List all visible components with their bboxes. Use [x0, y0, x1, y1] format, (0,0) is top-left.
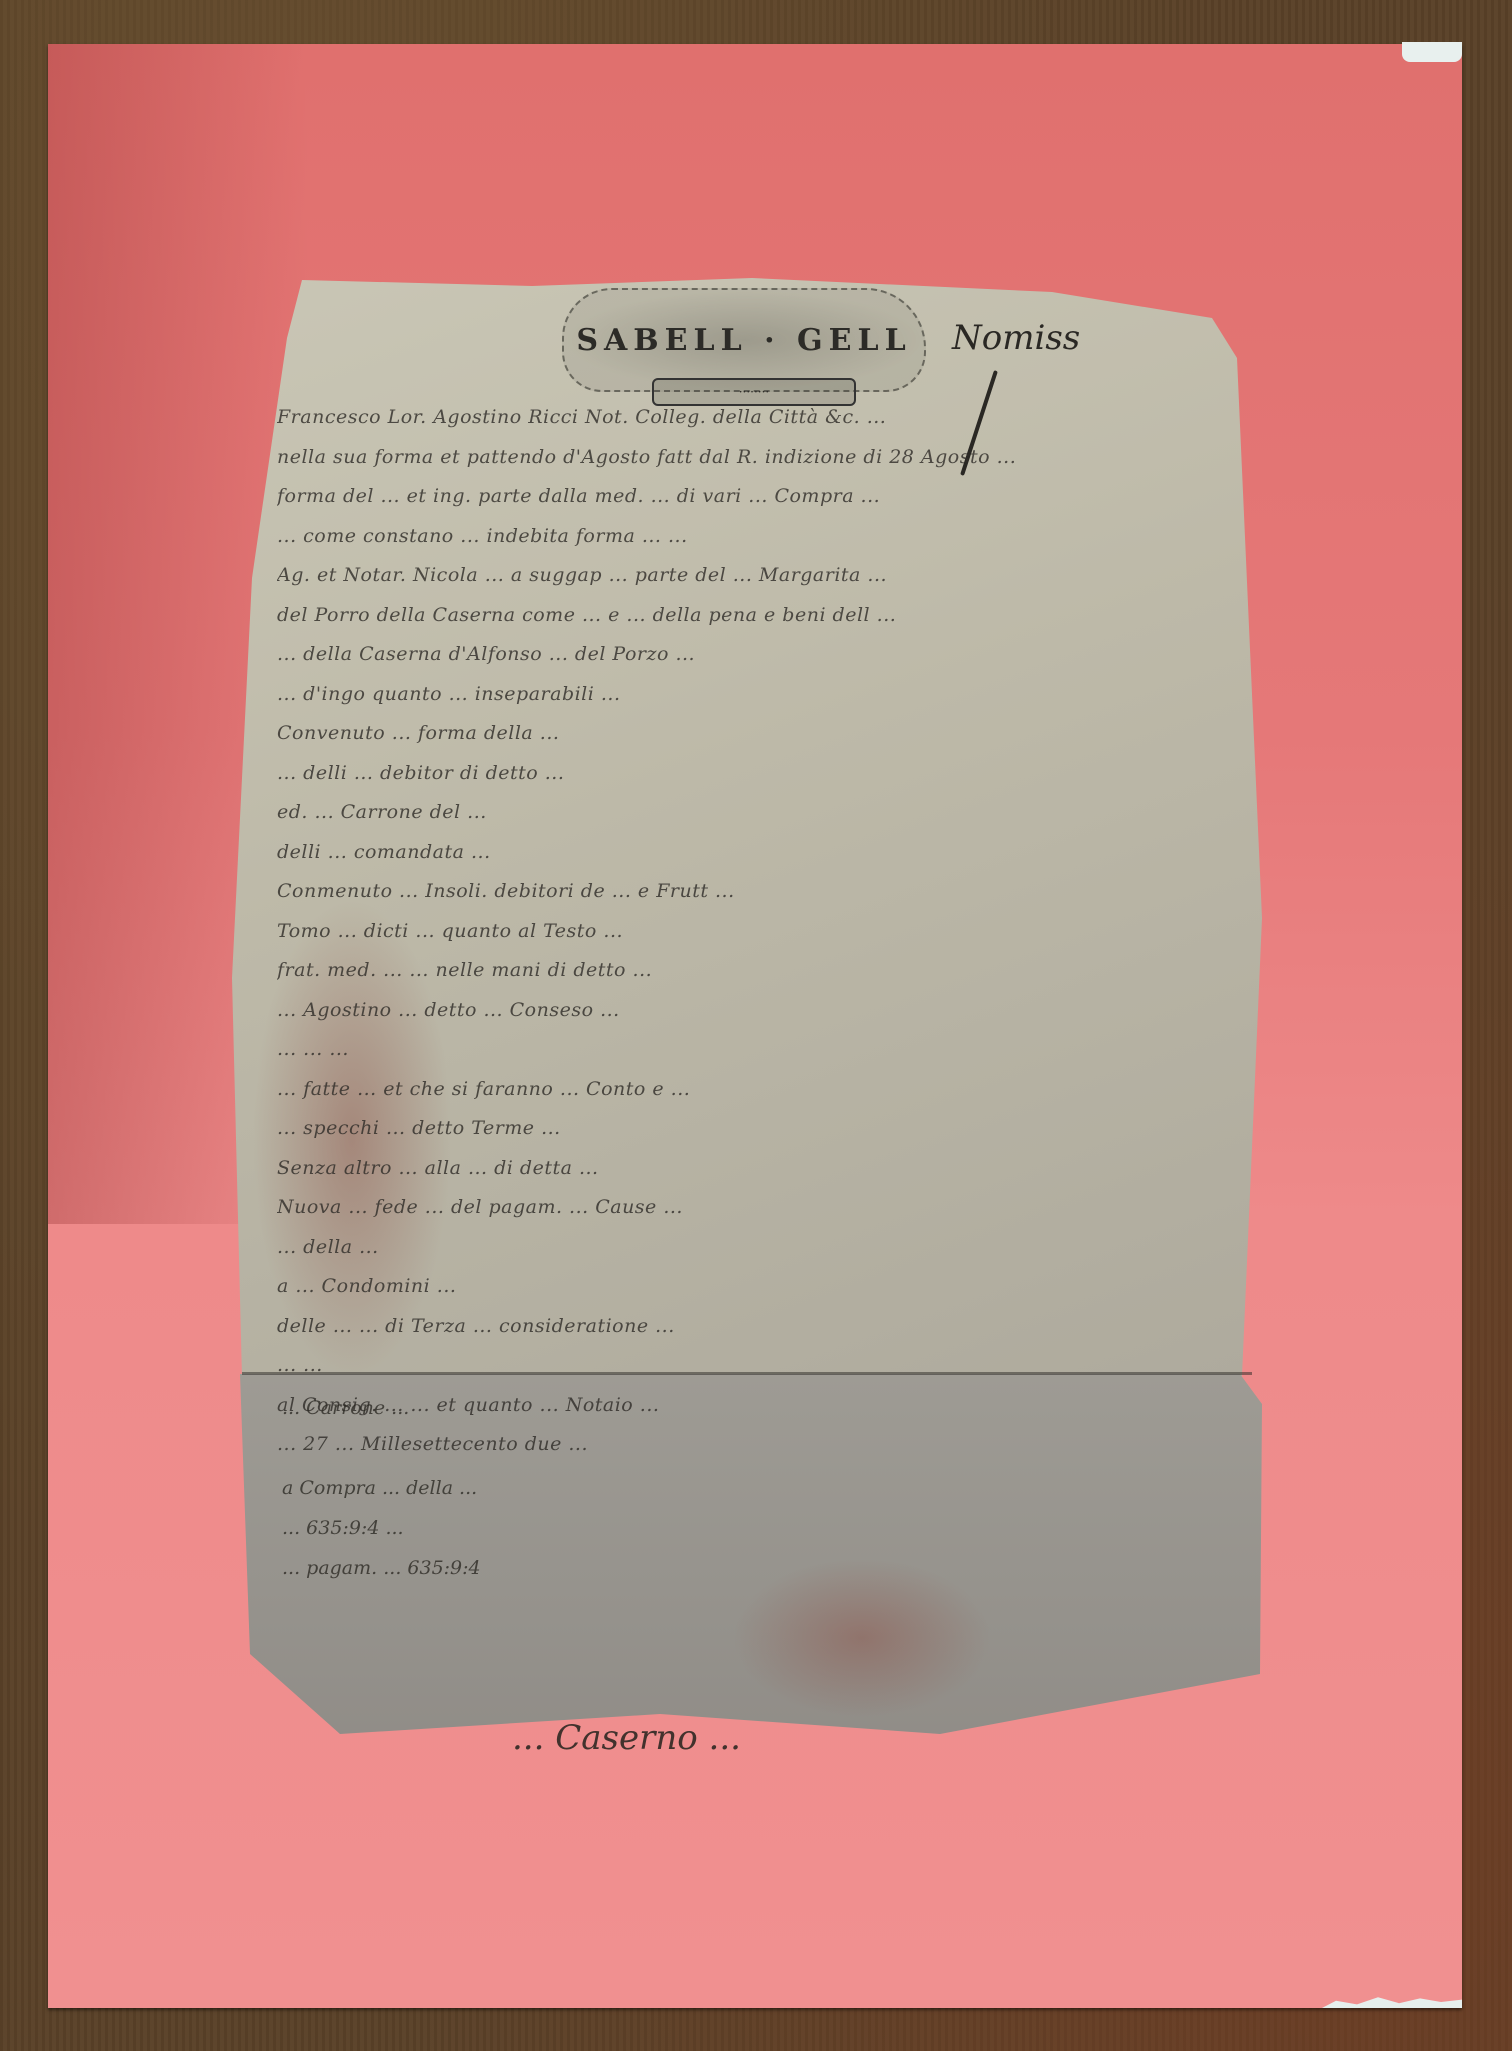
margin-annotation: Nomiss — [952, 318, 1080, 358]
board-worn-edge — [1322, 1996, 1462, 2008]
text-line: delle ... ... di Terza ... consideration… — [277, 1307, 1227, 1347]
text-line: del Porro della Caserna come ... e ... d… — [277, 596, 1227, 636]
text-line — [282, 1428, 1242, 1468]
text-line: Francesco Lor. Agostino Ricci Not. Colle… — [277, 398, 1227, 438]
text-line: a ... Condomini ... — [277, 1267, 1227, 1307]
text-line: Tomo ... dicti ... quanto al Testo ... — [277, 912, 1227, 952]
text-line: Ag. et Notar. Nicola ... a suggap ... pa… — [277, 556, 1227, 596]
text-line: ... della Caserna d'Alfonso ... del Porz… — [277, 635, 1227, 675]
signature: ... Caserno ... — [512, 1718, 741, 1758]
text-line: Convenuto ... forma della ... — [277, 714, 1227, 754]
text-line: ... d'ingo quanto ... inseparabili ... — [277, 675, 1227, 715]
text-line: ... della ... — [277, 1228, 1227, 1268]
text-line: Conmenuto ... Insoli. debitori de ... e … — [277, 872, 1227, 912]
text-line: ... specchi ... detto Terme ... — [277, 1109, 1227, 1149]
lower-handwritten-block: ... Carrone ... a Compra ... della ... .… — [282, 1388, 1242, 1588]
text-line: ... pagam. ... 635:9:4 — [282, 1548, 1242, 1588]
fold-crease — [242, 1372, 1252, 1375]
text-line: ... come constano ... indebita forma ...… — [277, 517, 1227, 557]
stamp-text: SABELL · GELL — [576, 323, 911, 358]
text-line: ... ... ... — [277, 1030, 1227, 1070]
text-line: ... fatte ... et che si faranno ... Cont… — [277, 1070, 1227, 1110]
text-line: nella sua forma et pattendo d'Agosto fat… — [277, 438, 1227, 478]
board-chipped-corner — [1402, 42, 1462, 62]
text-line: Senza altro ... alla ... di detta ... — [277, 1149, 1227, 1189]
handwritten-text-block: Francesco Lor. Agostino Ricci Not. Colle… — [277, 398, 1227, 1465]
text-line: ... delli ... debitor di detto ... — [277, 754, 1227, 794]
text-line: frat. med. ... ... nelle mani di detto .… — [277, 951, 1227, 991]
text-line: delli ... comandata ... — [277, 833, 1227, 873]
ornate-tax-stamp: SABELL · GELL — [562, 288, 926, 392]
text-line: forma del ... et ing. parte dalla med. .… — [277, 477, 1227, 517]
text-line: ... 635:9:4 ... — [282, 1508, 1242, 1548]
text-line: ... Agostino ... detto ... Conseso ... — [277, 991, 1227, 1031]
text-line: ed. ... Carrone del ... — [277, 793, 1227, 833]
text-line: ... Carrone ... — [282, 1388, 1242, 1428]
text-line: a Compra ... della ... — [282, 1468, 1242, 1508]
text-line: ... ... — [277, 1346, 1227, 1386]
manuscript: SABELL · GELL ········ Nomiss Francesco … — [232, 278, 1272, 1778]
text-line: Nuova ... fede ... del pagam. ... Cause … — [277, 1188, 1227, 1228]
